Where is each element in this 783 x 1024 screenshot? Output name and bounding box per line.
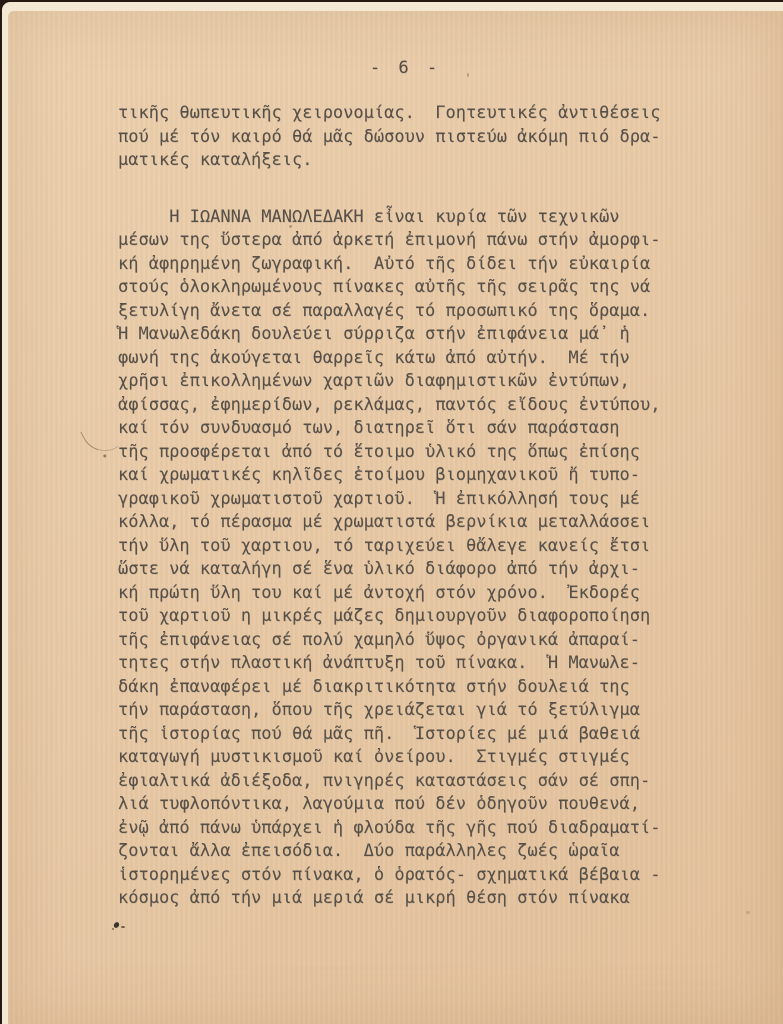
scanned-typescript-page: { "document": { "kind": "typewritten Gre… xyxy=(0,0,783,1024)
paper-speck xyxy=(746,911,750,914)
body-paragraph-1: τικῆς θωπευτικῆς χειρονομίας. Γοητευτικέ… xyxy=(118,102,703,173)
typescript-body: τικῆς θωπευτικῆς χειρονομίας. Γοητευτικέ… xyxy=(118,102,703,911)
ink-scribble-mark xyxy=(112,920,130,932)
page-number: - 6 - xyxy=(118,58,693,78)
body-paragraph-2: Η ΙΩΑΝΝΑ ΜΑΝΩΛΕΔΑΚΗ εἶναι κυρία τῶν τεχν… xyxy=(118,206,703,911)
